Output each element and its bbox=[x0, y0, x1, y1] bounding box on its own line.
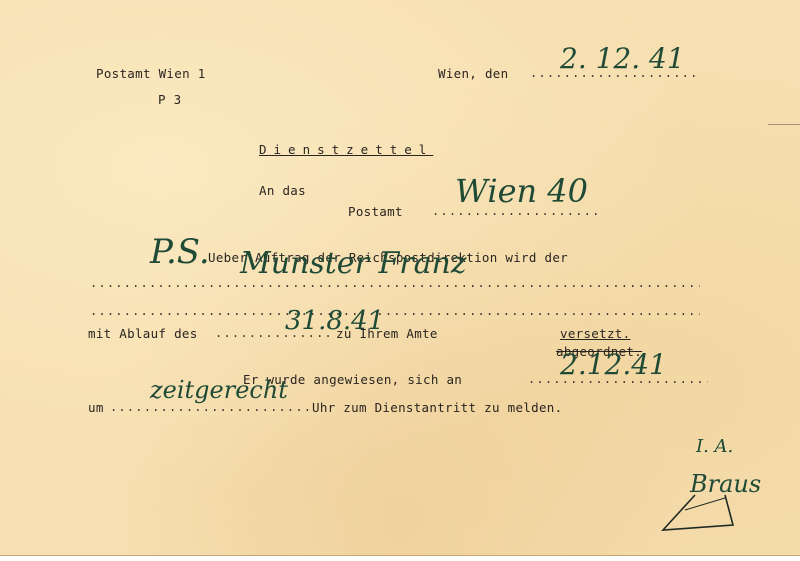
office-text: zu Ihrem Amte bbox=[336, 326, 438, 341]
rank-handwritten: P.S. bbox=[150, 232, 210, 272]
name-dotted-line-1: ........................................… bbox=[90, 276, 700, 290]
postamt-label: Postamt bbox=[348, 204, 403, 219]
name-dotted-line-2: ........................................… bbox=[90, 304, 700, 318]
office-code: P 3 bbox=[158, 92, 181, 107]
to-label: An das bbox=[259, 183, 306, 198]
date-handwritten: 2. 12. 41 bbox=[560, 42, 685, 75]
postamt-handwritten: Wien 40 bbox=[455, 172, 588, 210]
document-title: Dienstzettel bbox=[259, 142, 433, 157]
office-name: Postamt Wien 1 bbox=[96, 66, 206, 81]
report-instruction: Uhr zum Dienstantritt zu melden. bbox=[312, 400, 562, 415]
time-handwritten: zeitgerecht bbox=[150, 376, 288, 404]
time-prefix: um bbox=[88, 400, 104, 415]
place-date-label: Wien, den bbox=[438, 66, 508, 81]
signature-prefix: I. A. bbox=[696, 436, 733, 457]
expiry-label: mit Ablauf des bbox=[88, 326, 198, 341]
option-transferred: versetzt. bbox=[560, 326, 630, 341]
signature-flourish bbox=[655, 470, 765, 540]
report-date-handwritten: 2.12.41 bbox=[560, 348, 667, 381]
paper-mark bbox=[768, 124, 800, 125]
document-paper: Postamt Wien 1 P 3 Wien, den ...........… bbox=[0, 0, 800, 556]
